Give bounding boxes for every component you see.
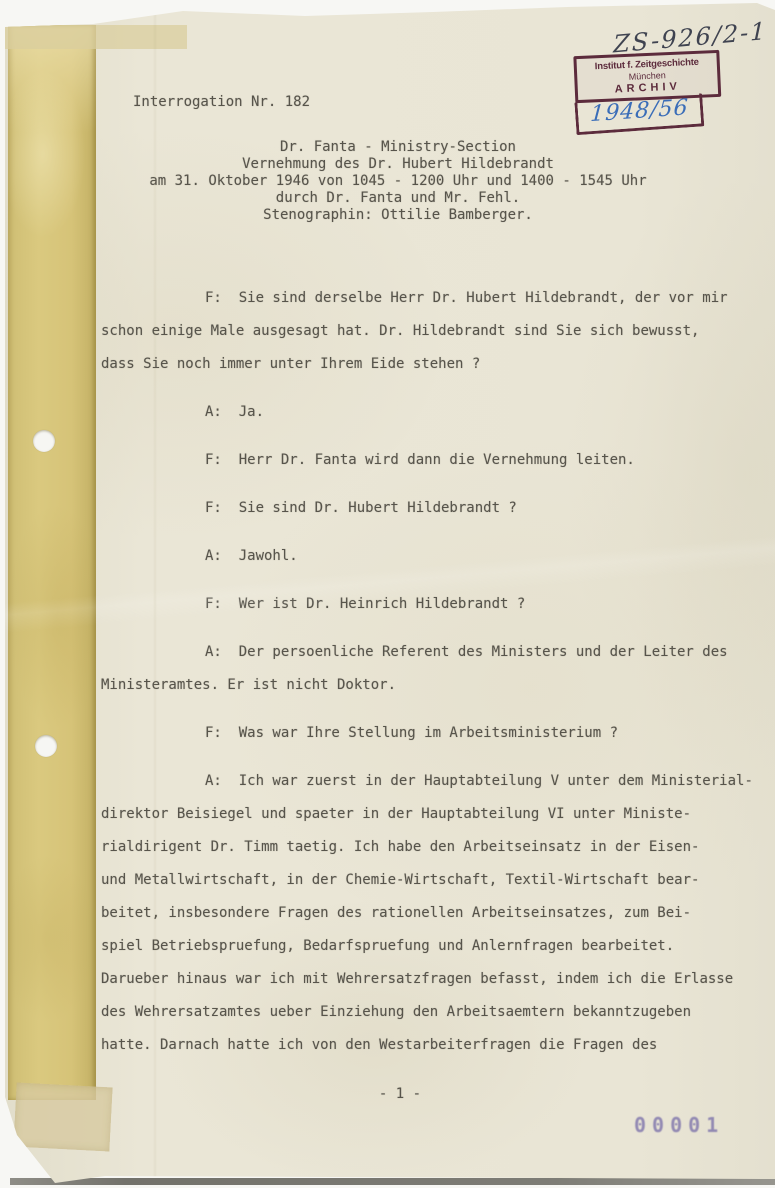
text-line: beitet, insbesondere Fragen des rationel… (101, 904, 769, 937)
document-label: Interrogation Nr. 182 (133, 94, 310, 110)
text-line: F: Sie sind Dr. Hubert Hildebrandt ? (101, 499, 769, 532)
text-line: dass Sie noch immer unter Ihrem Eide ste… (101, 355, 769, 388)
qa-paragraph: F: Wer ist Dr. Heinrich Hildebrandt ? (101, 595, 769, 628)
page-number: - 1 - (340, 1086, 460, 1102)
text-line: Ministeramtes. Er ist nicht Doktor. (101, 676, 769, 709)
text-line: F: Herr Dr. Fanta wird dann die Vernehmu… (101, 451, 769, 484)
text-line: F: Wer ist Dr. Heinrich Hildebrandt ? (101, 595, 769, 628)
scanned-document-screenshot: { "doc": { "doc_label": "Interrogation N… (0, 0, 775, 1188)
title-line: Vernehmung des Dr. Hubert Hildebrandt (128, 156, 668, 173)
text-line: des Wehrersatzamtes ueber Einziehung den… (101, 1003, 769, 1036)
body-text: F: Sie sind derselbe Herr Dr. Hubert Hil… (101, 289, 769, 1084)
archive-stamp: Institut f. Zeitgeschichte München ARCHI… (573, 50, 722, 135)
page-sequence-stamp: 00001 (634, 1113, 724, 1137)
qa-paragraph: A: Ich war zuerst in der Hauptabteilung … (101, 772, 769, 1069)
binding-tape-top-piece (3, 25, 187, 49)
title-line: Dr. Fanta - Ministry-Section (128, 139, 668, 156)
text-line: A: Der persoenliche Referent des Ministe… (101, 643, 769, 676)
binding-tape-bottom-piece (13, 1083, 112, 1152)
archive-number-handwritten: 1948/56 (589, 94, 689, 129)
punch-hole-top (33, 430, 55, 452)
text-line: Darueber hinaus war ich mit Wehrersatzfr… (101, 970, 769, 1003)
text-line: spiel Betriebspruefung, Bedarfspruefung … (101, 937, 769, 970)
title-line: durch Dr. Fanta und Mr. Fehl. (128, 190, 668, 207)
qa-paragraph: A: Jawohl. (101, 547, 769, 580)
qa-paragraph: F: Sie sind Dr. Hubert Hildebrandt ? (101, 499, 769, 532)
qa-paragraph: A: Der persoenliche Referent des Ministe… (101, 643, 769, 709)
qa-paragraph: F: Herr Dr. Fanta wird dann die Vernehmu… (101, 451, 769, 484)
qa-paragraph: F: Was war Ihre Stellung im Arbeitsminis… (101, 724, 769, 757)
text-line: A: Jawohl. (101, 547, 769, 580)
text-line: schon einige Male ausgesagt hat. Dr. Hil… (101, 322, 769, 355)
text-line: und Metallwirtschaft, in der Chemie-Wirt… (101, 871, 769, 904)
text-line: hatte. Darnach hatte ich von den Westarb… (101, 1036, 769, 1069)
text-line: F: Sie sind derselbe Herr Dr. Hubert Hil… (101, 289, 769, 322)
text-line: F: Was war Ihre Stellung im Arbeitsminis… (101, 724, 769, 757)
text-line: rialdirigent Dr. Timm taetig. Ich habe d… (101, 838, 769, 871)
scan-edge-shadow (10, 1178, 775, 1185)
text-line: A: Ja. (101, 403, 769, 436)
qa-paragraph: A: Ja. (101, 403, 769, 436)
title-line: Stenographin: Ottilie Bamberger. (128, 207, 668, 224)
qa-paragraph: F: Sie sind derselbe Herr Dr. Hubert Hil… (101, 289, 769, 388)
title-block: Dr. Fanta - Ministry-SectionVernehmung d… (128, 139, 668, 224)
punch-hole-bottom (35, 735, 57, 757)
binding-tape-strip (8, 25, 96, 1100)
text-line: direktor Beisiegel und spaeter in der Ha… (101, 805, 769, 838)
document-page: ZS-926/2-1 Institut f. Zeitgeschichte Mü… (5, 3, 775, 1185)
text-line: A: Ich war zuerst in der Hauptabteilung … (101, 772, 769, 805)
title-line: am 31. Oktober 1946 von 1045 - 1200 Uhr … (128, 173, 668, 190)
